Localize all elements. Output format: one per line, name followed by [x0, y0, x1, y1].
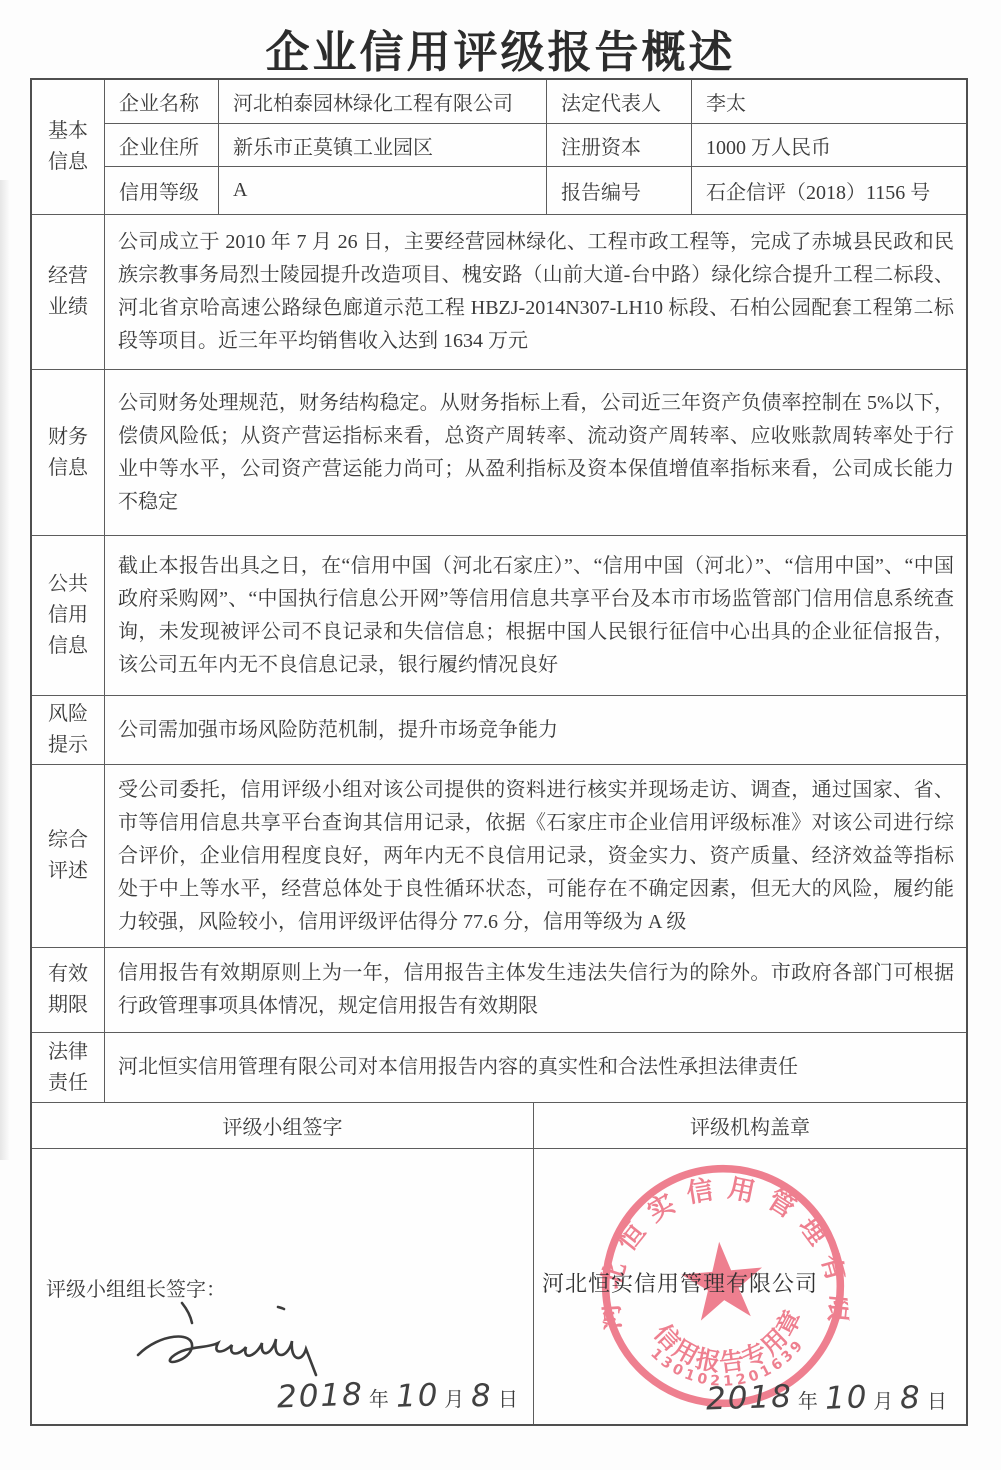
- field-value-company-name: 河北柏泰园林绿化工程有限公司: [219, 80, 547, 123]
- section-row-business-performance: 经营业绩 公司成立于 2010 年 7 月 26 日，主要经营园林绿化、工程市政…: [32, 215, 966, 370]
- section-text-legal-responsibility: 河北恒实信用管理有限公司对本信用报告内容的真实性和合法性承担法律责任: [118, 1051, 954, 1084]
- section-text-public-credit-info: 截止本报告出具之日，在“信用中国（河北石家庄）”、“信用中国（河北）”、“信用中…: [118, 550, 954, 682]
- field-label-company-name: 企业名称: [105, 80, 219, 123]
- table-row: 企业名称 河北柏泰园林绿化工程有限公司 法定代表人 李太: [105, 80, 966, 124]
- section-header-business-performance: 经营业绩: [32, 215, 105, 369]
- section-row-public-credit-info: 公共信用信息 截止本报告出具之日，在“信用中国（河北石家庄）”、“信用中国（河北…: [32, 536, 966, 696]
- date-day-handwritten: 8: [471, 1378, 494, 1415]
- rating-team-signature-header: 评级小组签字: [32, 1103, 534, 1148]
- section-header-validity-period: 有效期限: [32, 948, 105, 1032]
- section-row-risk-warning: 风险提示 公司需加强市场风险防范机制，提升市场竞争能力: [32, 696, 966, 765]
- section-header-public-credit-info: 公共信用信息: [32, 536, 105, 695]
- team-signature-date: 2018 年 10 月 8 日: [277, 1378, 525, 1414]
- field-label-company-address: 企业住所: [105, 124, 219, 166]
- date-month-handwritten: 10: [395, 1377, 440, 1414]
- section-row-comprehensive-review: 综合评述 受公司委托，信用评级小组对该公司提供的资料进行核实并现场走访、调查，通…: [32, 765, 966, 948]
- section-header-basic-info: 基本信息: [32, 80, 105, 214]
- field-label-registered-capital: 注册资本: [547, 124, 692, 166]
- date-year-handwritten: 2018: [705, 1378, 793, 1417]
- section-header-legal-responsibility: 法律责任: [32, 1033, 105, 1102]
- section-row-validity-period: 有效期限 信用报告有效期原则上为一年，信用报告主体发生违法失信行为的除外。市政府…: [32, 948, 966, 1033]
- section-row-financial-info: 财务信息 公司财务处理规范，财务结构稳定。从财务指标上看，公司近三年资产负债率控…: [32, 370, 966, 536]
- section-header-comprehensive-review: 综合评述: [32, 765, 105, 947]
- table-row: 信用等级 A 报告编号 石企信评（2018）1156 号: [105, 167, 966, 214]
- field-label-report-number: 报告编号: [547, 167, 692, 214]
- field-label-legal-representative: 法定代表人: [547, 80, 692, 123]
- report-table: 基本信息 企业名称 河北柏泰园林绿化工程有限公司 法定代表人 李太 企业住所 新…: [30, 78, 968, 1426]
- agency-stamp-date: 2018 年 10 月 8 日: [706, 1380, 954, 1416]
- date-day-handwritten: 8: [900, 1380, 923, 1417]
- scanned-credit-report-page: 企业信用评级报告概述 基本信息 企业名称 河北柏泰园林绿化工程有限公司 法定代表…: [0, 0, 1001, 1470]
- section-basic-info: 基本信息 企业名称 河北柏泰园林绿化工程有限公司 法定代表人 李太 企业住所 新…: [32, 80, 966, 215]
- field-value-company-address: 新乐市正莫镇工业园区: [219, 124, 547, 166]
- rating-agency-stamp-header: 评级机构盖章: [534, 1103, 966, 1148]
- section-row-legal-responsibility: 法律责任 河北恒实信用管理有限公司对本信用报告内容的真实性和合法性承担法律责任: [32, 1033, 966, 1103]
- date-year-handwritten: 2018: [276, 1376, 364, 1415]
- scan-edge-artifact: [0, 180, 10, 1160]
- field-value-registered-capital: 1000 万人民币: [692, 124, 966, 166]
- date-month-handwritten: 10: [824, 1379, 869, 1416]
- section-header-risk-warning: 风险提示: [32, 696, 105, 764]
- rating-team-signature-cell: 评级小组组长签字： 2018 年 10 月 8 日: [32, 1149, 534, 1424]
- field-value-credit-grade: A: [219, 167, 547, 214]
- rating-agency-stamp-cell: 河北恒实信用管理有限公司 信用报告专用章 1301021201639 河北恒实信…: [534, 1149, 966, 1424]
- field-value-legal-representative: 李太: [692, 80, 966, 123]
- section-text-comprehensive-review: 受公司委托，信用评级小组对该公司提供的资料进行核实并现场走访、调查，通过国家、省…: [118, 774, 954, 939]
- page-title: 企业信用评级报告概述: [0, 16, 1001, 80]
- section-text-business-performance: 公司成立于 2010 年 7 月 26 日，主要经营园林绿化、工程市政工程等，完…: [118, 226, 954, 358]
- section-text-risk-warning: 公司需加强市场风险防范机制，提升市场竞争能力: [118, 714, 954, 747]
- table-row: 企业住所 新乐市正莫镇工业园区 注册资本 1000 万人民币: [105, 124, 966, 167]
- field-label-credit-grade: 信用等级: [105, 167, 219, 214]
- signature-header-row: 评级小组签字 评级机构盖章: [32, 1103, 966, 1149]
- printed-agency-company-name: 河北恒实信用管理有限公司: [542, 1267, 818, 1298]
- section-header-financial-info: 财务信息: [32, 370, 105, 535]
- field-value-report-number: 石企信评（2018）1156 号: [692, 167, 966, 214]
- signature-body-row: 评级小组组长签字： 2018 年 10 月 8 日: [32, 1149, 966, 1424]
- section-text-financial-info: 公司财务处理规范，财务结构稳定。从财务指标上看，公司近三年资产负债率控制在 5%…: [118, 387, 954, 519]
- section-text-validity-period: 信用报告有效期原则上为一年，信用报告主体发生违法失信行为的除外。市政府各部门可根…: [118, 957, 954, 1023]
